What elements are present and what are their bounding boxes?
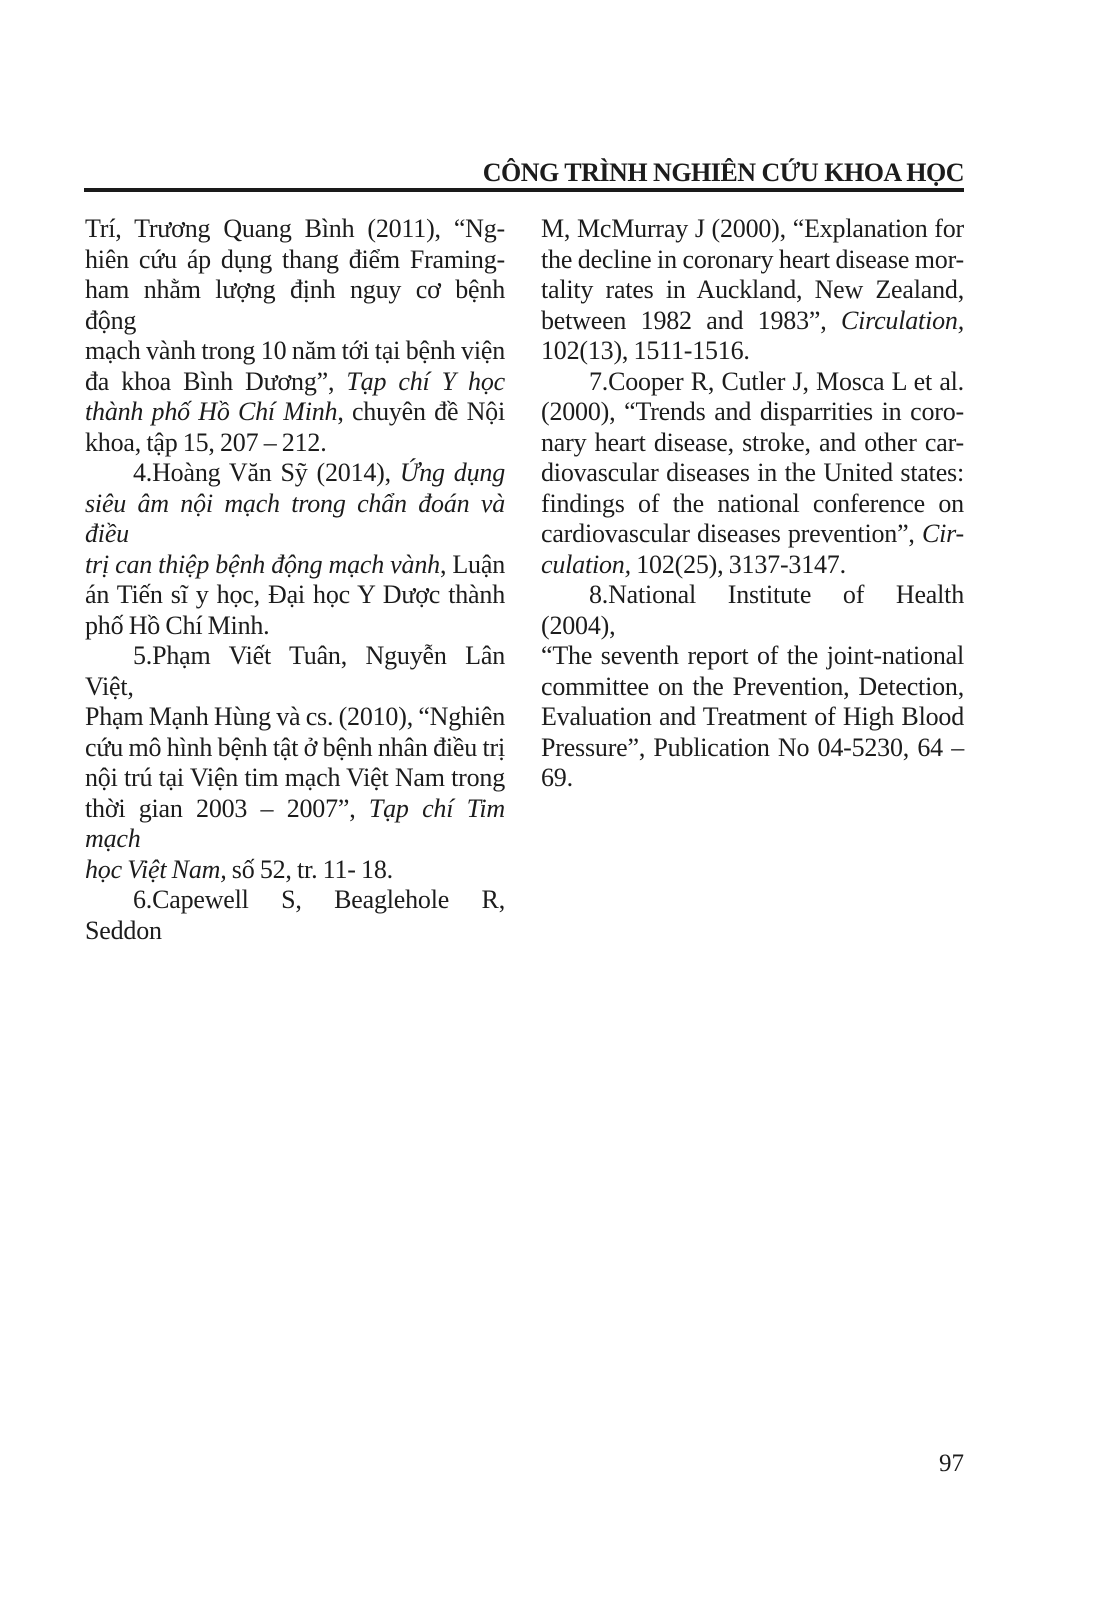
reference-8: 8.National Institute of Health (2004),“T… (541, 580, 964, 794)
header-title: CÔNG TRÌNH NGHIÊN CỨU KHOA HỌC (85, 158, 964, 188)
column-left: Trí, Trương Quang Bình (2011), “Ng-hiên … (85, 214, 505, 946)
text-line: Pressure”, Publication No 04-5230, 64 – (541, 733, 964, 764)
text-line: (2000), “Trends and disparrities in coro… (541, 397, 964, 428)
reference-6-start: 6.Capewell S, Beaglehole R, Seddon (85, 885, 505, 946)
reference-5: 5.Phạm Viết Tuân, Nguyễn Lân Việt,Phạm M… (85, 641, 505, 885)
reference-4: 4.Hoàng Văn Sỹ (2014), Ứng dụngsiêu âm n… (85, 458, 505, 641)
column-right: M, McMurray J (2000), “Explanation forth… (541, 214, 964, 946)
text-line: diovascular diseases in the United state… (541, 458, 964, 489)
text-line: nary heart disease, stroke, and other ca… (541, 428, 964, 459)
text-line: Trí, Trương Quang Bình (2011), “Ng- (85, 214, 505, 245)
text-line: trị can thiệp bệnh động mạch vành, Luận (85, 550, 505, 581)
text-line: ham nhằm lượng định nguy cơ bệnh động (85, 275, 505, 336)
reference-6-continuation: M, McMurray J (2000), “Explanation forth… (541, 214, 964, 367)
text-line: the decline in coronary heart disease mo… (541, 245, 964, 276)
text-line: mạch vành trong 10 năm tới tại bệnh viện (85, 336, 505, 367)
text-line: 5.Phạm Viết Tuân, Nguyễn Lân Việt, (85, 641, 505, 702)
text-line: Phạm Mạnh Hùng và cs. (2010), “Nghiên (85, 702, 505, 733)
text-line: thành phố Hồ Chí Minh, chuyên đề Nội (85, 397, 505, 428)
document-page: CÔNG TRÌNH NGHIÊN CỨU KHOA HỌC Trí, Trươ… (0, 0, 1102, 1598)
reference-7: 7.Cooper R, Cutler J, Mosca L et al.(200… (541, 367, 964, 581)
text-line: Evaluation and Treatment of High Blood (541, 702, 964, 733)
text-line: phố Hồ Chí Minh. (85, 611, 505, 642)
text-line: cardiovascular diseases prevention”, Cir… (541, 519, 964, 550)
text-line: cứu mô hình bệnh tật ở bệnh nhân điều tr… (85, 733, 505, 764)
text-line: 8.National Institute of Health (2004), (541, 580, 964, 641)
text-line: between 1982 and 1983”, Circulation, (541, 306, 964, 337)
text-line: hiên cứu áp dụng thang điểm Framing- (85, 245, 505, 276)
text-line: khoa, tập 15, 207 – 212. (85, 428, 505, 459)
header-rule (84, 188, 964, 192)
references-section: Trí, Trương Quang Bình (2011), “Ng-hiên … (85, 214, 964, 946)
text-line: siêu âm nội mạch trong chẩn đoán và điều (85, 489, 505, 550)
text-line: án Tiến sĩ y học, Đại học Y Dược thành (85, 580, 505, 611)
text-line: 4.Hoàng Văn Sỹ (2014), Ứng dụng (85, 458, 505, 489)
text-line: “The seventh report of the joint-nationa… (541, 641, 964, 672)
text-line: 6.Capewell S, Beaglehole R, Seddon (85, 885, 505, 946)
text-line: 102(13), 1511-1516. (541, 336, 964, 367)
text-line: culation, 102(25), 3137-3147. (541, 550, 964, 581)
text-line: tality rates in Auckland, New Zealand, (541, 275, 964, 306)
text-line: findings of the national conference on (541, 489, 964, 520)
page-number: 97 (85, 1450, 964, 1478)
text-line: M, McMurray J (2000), “Explanation for (541, 214, 964, 245)
text-line: thời gian 2003 – 2007”, Tạp chí Tim mạch (85, 794, 505, 855)
text-line: committee on the Prevention, Detection, (541, 672, 964, 703)
text-line: 69. (541, 763, 964, 794)
text-line: học Việt Nam, số 52, tr. 11- 18. (85, 855, 505, 886)
reference-continuation: Trí, Trương Quang Bình (2011), “Ng-hiên … (85, 214, 505, 458)
text-line: 7.Cooper R, Cutler J, Mosca L et al. (541, 367, 964, 398)
text-line: nội trú tại Viện tim mạch Việt Nam trong (85, 763, 505, 794)
text-line: đa khoa Bình Dương”, Tạp chí Y học (85, 367, 505, 398)
